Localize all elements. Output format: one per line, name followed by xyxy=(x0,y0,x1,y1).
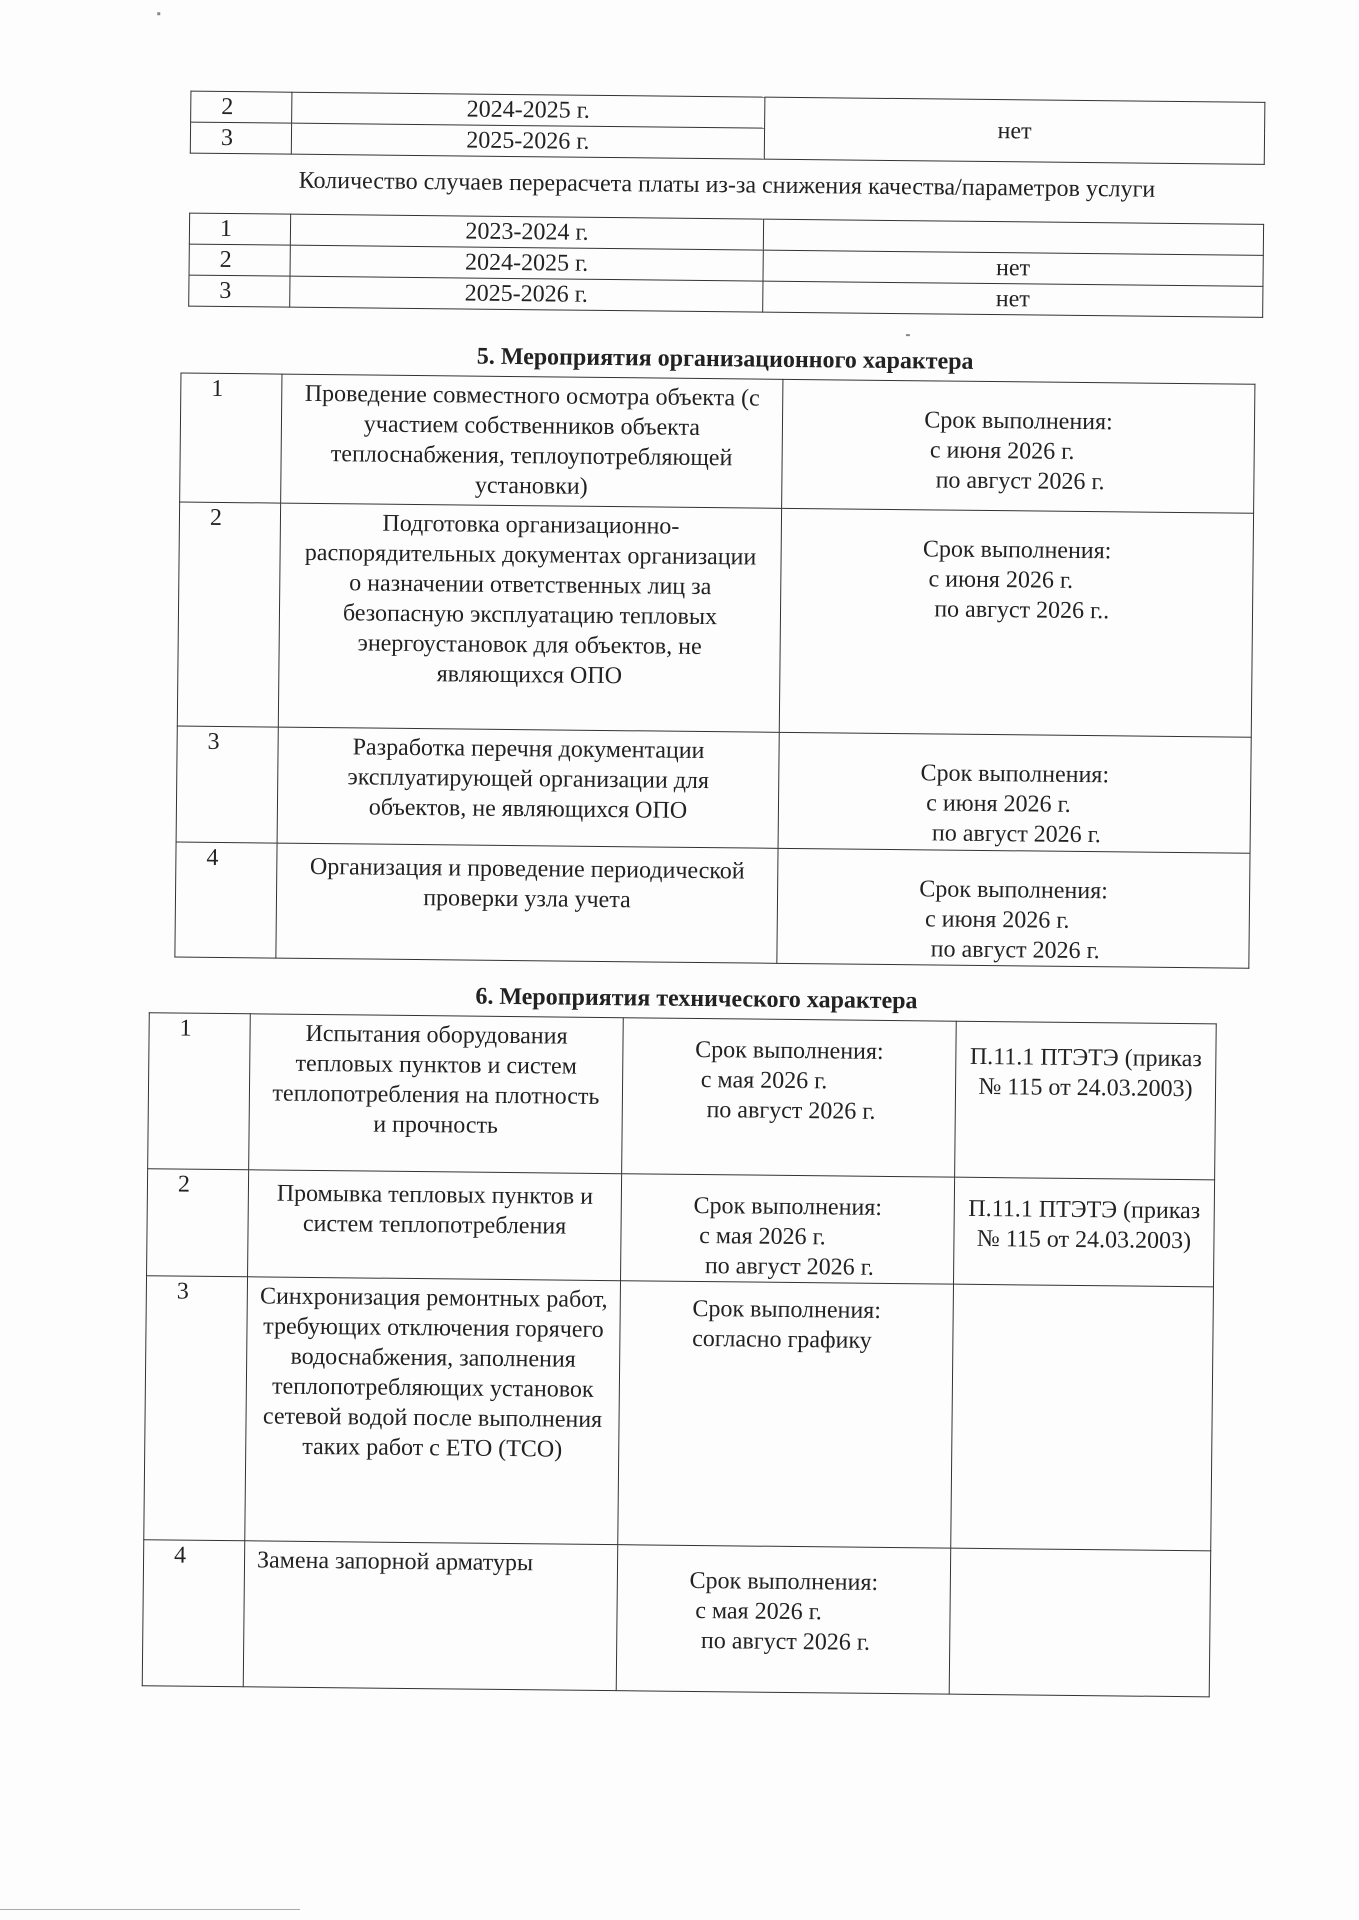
deadline-to: по август 2026 г. xyxy=(936,467,1105,495)
row-number: 4 xyxy=(175,842,277,958)
row-number: 2 xyxy=(177,502,280,727)
deadline-from: с мая 2026 г. xyxy=(701,1067,828,1094)
deadline-label: Срок выполнения: xyxy=(920,760,1109,788)
row-number: 4 xyxy=(142,1540,245,1687)
deadline-cell: Срок выполнения: с июня 2026 г. по авгус… xyxy=(778,732,1251,853)
basis-cell xyxy=(949,1548,1211,1697)
deadline-to: по август 2026 г. xyxy=(705,1253,874,1281)
deadline-from: с июня 2026 г. xyxy=(928,566,1073,594)
row-number: 2 xyxy=(147,1169,249,1277)
period-cell: 2024-2025 г. xyxy=(290,245,763,281)
deadline-from: с мая 2026 г. xyxy=(699,1223,826,1250)
activity-cell: Разработка перечня документации эксплуат… xyxy=(277,727,779,848)
deadline-from: с июня 2026 г. xyxy=(926,790,1071,818)
document-page: 2 2024-2025 г. нет 3 2025-2026 г. Количе… xyxy=(0,0,1359,1920)
row-number: 3 xyxy=(176,726,278,843)
deadline-label: Срок выполнения: xyxy=(924,407,1113,435)
deadline-from: с июня 2026 г. xyxy=(925,906,1070,934)
table-row: 4 Замена запорной арматуры Срок выполнен… xyxy=(142,1540,1210,1697)
activity-cell: Подготовка организационно-распорядительн… xyxy=(278,503,781,732)
row-number: 3 xyxy=(190,122,291,154)
deadline-to: по август 2026 г. xyxy=(932,820,1101,848)
row-number: 1 xyxy=(189,213,290,245)
value-cell: нет xyxy=(763,281,1263,317)
basis-cell xyxy=(951,1284,1214,1551)
deadline-label: Срок выполнения: xyxy=(693,1193,882,1221)
table-recalc: 1 2023-2024 г. 2 2024-2025 г. нет 3 2025… xyxy=(188,213,1264,318)
table-row: 3 Синхронизация ремонтных работ, требующ… xyxy=(144,1276,1214,1551)
section-5-title: 5. Мероприятия организационного характер… xyxy=(188,341,1263,379)
deadline-cell: Срок выполнения: с июня 2026 г. по авгус… xyxy=(779,508,1253,737)
table-section-5: 1 Проведение совместного осмотра объекта… xyxy=(174,373,1255,969)
deadline-cell: Срок выполнения: с мая 2026 г. по август… xyxy=(621,1174,955,1284)
deadline-cell: Срок выполнения:согласно графику xyxy=(618,1281,954,1548)
deadline-label: Срок выполнения: xyxy=(695,1037,884,1065)
scan-edge-line xyxy=(0,1909,300,1910)
period-cell: 2025-2026 г. xyxy=(291,123,764,159)
row-number: 3 xyxy=(189,275,290,307)
row-number: 1 xyxy=(148,1013,251,1170)
table-section-6: 1 Испытания оборудования тепловых пункто… xyxy=(142,1012,1217,1697)
activity-cell: Организация и проведение периодической п… xyxy=(276,843,778,963)
period-cell: 2024-2025 г. xyxy=(292,92,765,128)
deadline-label: Срок выполнения: xyxy=(923,536,1112,564)
deadline-from: согласно графику xyxy=(692,1326,872,1354)
table-row: 1 Проведение совместного осмотра объекта… xyxy=(180,373,1255,513)
deadline-label: Срок выполнения: xyxy=(689,1568,878,1596)
period-cell: 2025-2026 г. xyxy=(290,276,763,312)
activity-cell: Проведение совместного осмотра объекта (… xyxy=(281,374,783,508)
recalc-caption: Количество случаев перерасчета платы из-… xyxy=(189,167,1264,205)
deadline-cell: Срок выполнения: с мая 2026 г. по август… xyxy=(622,1018,957,1177)
deadline-to: по август 2026 г. xyxy=(931,936,1100,964)
row-number: 1 xyxy=(180,373,282,503)
deadline-cell: Срок выполнения: с июня 2026 г. по авгус… xyxy=(782,379,1255,513)
value-cell: нет xyxy=(764,97,1265,164)
table-previous-periods: 2 2024-2025 г. нет 3 2025-2026 г. xyxy=(190,91,1266,165)
deadline-to: по август 2026 г.. xyxy=(934,596,1109,624)
row-number: 2 xyxy=(189,244,290,276)
basis-cell: П.11.1 ПТЭТЭ (приказ № 115 от 24.03.2003… xyxy=(953,1177,1214,1287)
activity-cell: Синхронизация ремонтных работ, требующих… xyxy=(245,1277,621,1545)
table-row: 1 Испытания оборудования тепловых пункто… xyxy=(148,1013,1217,1180)
deadline-cell: Срок выполнения: с мая 2026 г. по август… xyxy=(616,1545,951,1694)
table-row: 3 Разработка перечня документации эксплу… xyxy=(176,726,1251,853)
scan-speck xyxy=(157,12,160,15)
period-cell: 2023-2024 г. xyxy=(290,214,763,250)
activity-cell: Промывка тепловых пунктов и систем тепло… xyxy=(248,1170,622,1281)
activity-cell: Замена запорной арматуры xyxy=(243,1541,618,1691)
activity-cell: Испытания оборудования тепловых пунктов … xyxy=(249,1014,624,1174)
deadline-to: по август 2026 г. xyxy=(706,1097,875,1125)
scan-speck xyxy=(906,334,910,336)
section-6-title: 6. Мероприятия технического характера xyxy=(159,980,1234,1018)
table-row: 2 Подготовка организационно-распорядител… xyxy=(177,502,1253,737)
deadline-cell: Срок выполнения: с июня 2026 г. по авгус… xyxy=(777,848,1250,968)
row-number: 2 xyxy=(191,91,292,123)
deadline-to: по август 2026 г. xyxy=(701,1628,870,1656)
basis-cell: П.11.1 ПТЭТЭ (приказ № 115 от 24.03.2003… xyxy=(955,1021,1217,1180)
deadline-label: Срок выполнения: xyxy=(692,1296,881,1324)
table-row: 4 Организация и проведение периодической… xyxy=(175,842,1250,968)
row-number: 3 xyxy=(144,1276,248,1541)
deadline-from: с мая 2026 г. xyxy=(695,1598,822,1625)
table-row: 2 Промывка тепловых пунктов и систем теп… xyxy=(147,1169,1215,1287)
deadline-from: с июня 2026 г. xyxy=(930,437,1075,465)
deadline-label: Срок выполнения: xyxy=(919,876,1108,904)
